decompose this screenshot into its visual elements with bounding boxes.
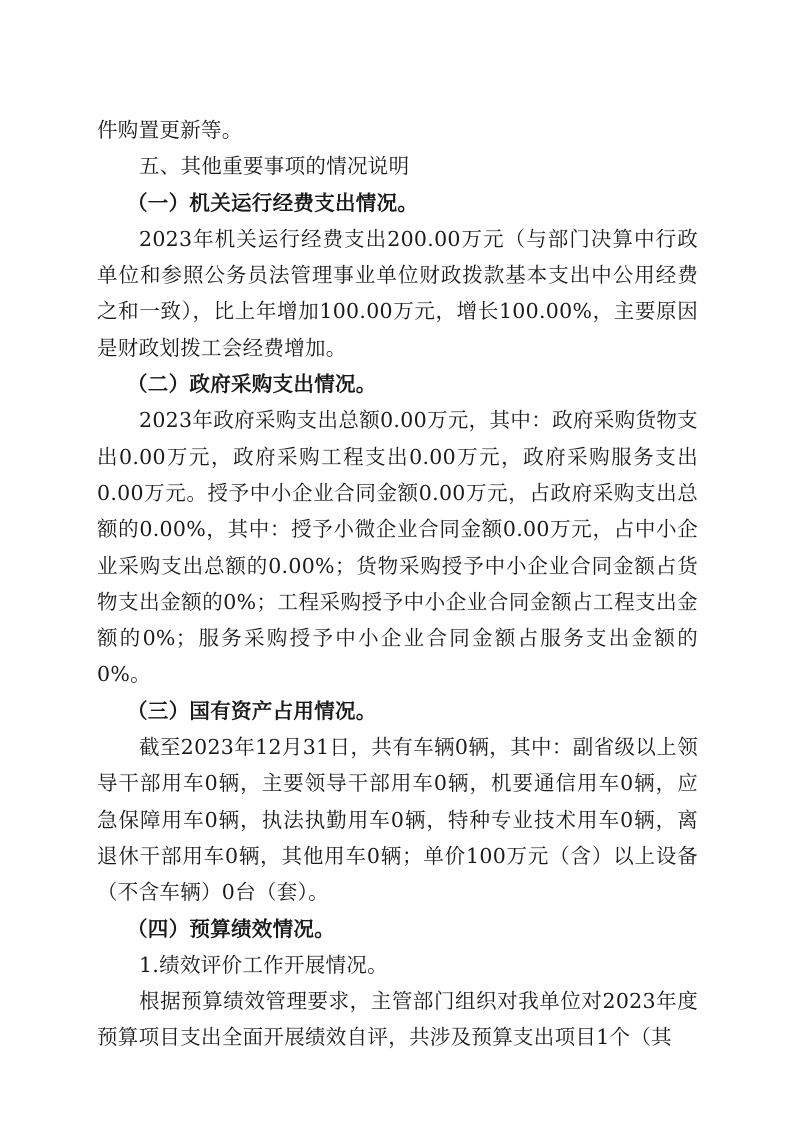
continuation-text: 件购置更新等。 (97, 112, 698, 148)
paragraph-procurement: 2023年政府采购支出总额0.00万元，其中：政府采购货物支出0.00万元，政府… (97, 402, 698, 692)
document-page: 件购置更新等。 五、其他重要事项的情况说明 （一）机关运行经费支出情况。 202… (97, 112, 698, 1056)
paragraph-operating-expenses: 2023年机关运行经费支出200.00万元（与部门决算中行政单位和参照公务员法管… (97, 221, 698, 366)
paragraph-performance-evaluation: 根据预算绩效管理要求，主管部门组织对我单位对2023年度预算项目支出全面开展绩效… (97, 983, 698, 1056)
section-title: 五、其他重要事项的情况说明 (97, 148, 698, 184)
subsection-heading-1: （一）机关运行经费支出情况。 (97, 185, 698, 221)
subsection-heading-2: （二）政府采购支出情况。 (97, 366, 698, 402)
subsection-heading-3: （三）国有资产占用情况。 (97, 693, 698, 729)
paragraph-state-assets: 截至2023年12月31日，共有车辆0辆，其中：副省级以上领导干部用车0辆，主要… (97, 729, 698, 910)
item-title-performance-evaluation: 1.绩效评价工作开展情况。 (97, 947, 698, 983)
subsection-heading-4: （四）预算绩效情况。 (97, 911, 698, 947)
